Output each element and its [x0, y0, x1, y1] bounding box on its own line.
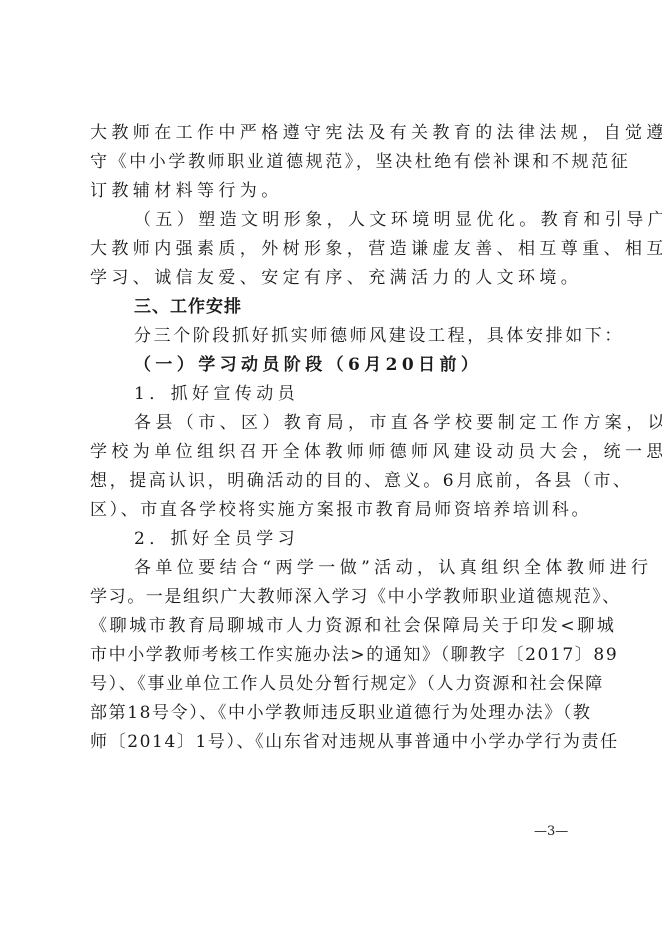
- paragraph-line: 师〔2014〕1号）、《山东省对违规从事普通中小学办学行为责任: [90, 728, 576, 757]
- paragraph-line: 号）、《事业单位工作人员处分暂行规定》（人力资源和社会保障: [90, 670, 576, 699]
- paragraph-line: 大教师在工作中严格遵守宪法及有关教育的法律法规，自觉遵: [90, 119, 576, 148]
- item-heading-publicity: 1．抓好宣传动员: [90, 380, 576, 409]
- page-number: —3—: [534, 824, 568, 839]
- subsection-heading-phase-one: （一）学习动员阶段（6月20日前）: [90, 351, 576, 380]
- paragraph-line: 守《中小学教师职业道德规范》，坚决杜绝有偿补课和不规范征: [90, 148, 576, 177]
- item-heading-study: 2．抓好全员学习: [90, 525, 576, 554]
- paragraph-line: 订教辅材料等行为。: [90, 177, 576, 206]
- paragraph-line: 各单位要结合“两学一做”活动，认真组织全体教师进行: [90, 554, 576, 583]
- document-page: 大教师在工作中严格遵守宪法及有关教育的法律法规，自觉遵 守《中小学教师职业道德规…: [0, 0, 662, 936]
- section-five-line: （五）塑造文明形象，人文环境明显优化。教育和引导广: [90, 206, 576, 235]
- paragraph-line: 各县（市、区）教育局，市直各学校要制定工作方案，以: [90, 409, 576, 438]
- paragraph-line: 《聊城市教育局聊城市人力资源和社会保障局关于印发<聊城: [90, 612, 576, 641]
- paragraph-line: 学校为单位组织召开全体教师师德师风建设动员大会，统一思: [90, 438, 576, 467]
- paragraph-line: 学习、诚信友爱、安定有序、充满活力的人文环境。: [90, 264, 576, 293]
- paragraph-line: 大教师内强素质，外树形象，营造谦虚友善、相互尊重、相互: [90, 235, 576, 264]
- paragraph-line: 学习。一是组织广大教师深入学习《中小学教师职业道德规范》、: [90, 583, 576, 612]
- paragraph-line: 想，提高认识，明确活动的目的、意义。6月底前，各县（市、: [90, 467, 576, 496]
- paragraph-line: 分三个阶段抓好抓实师德师风建设工程，具体安排如下：: [90, 322, 576, 351]
- paragraph-line: 区）、市直各学校将实施方案报市教育局师资培养培训科。: [90, 496, 576, 525]
- paragraph-line: 部第18号令）、《中小学教师违反职业道德行为处理办法》（教: [90, 699, 576, 728]
- document-body: 大教师在工作中严格遵守宪法及有关教育的法律法规，自觉遵 守《中小学教师职业道德规…: [90, 119, 576, 757]
- section-heading-work-arrangement: 三、工作安排: [90, 293, 576, 322]
- paragraph-line: 市中小学教师考核工作实施办法>的通知》（聊教字〔2017〕89: [90, 641, 576, 670]
